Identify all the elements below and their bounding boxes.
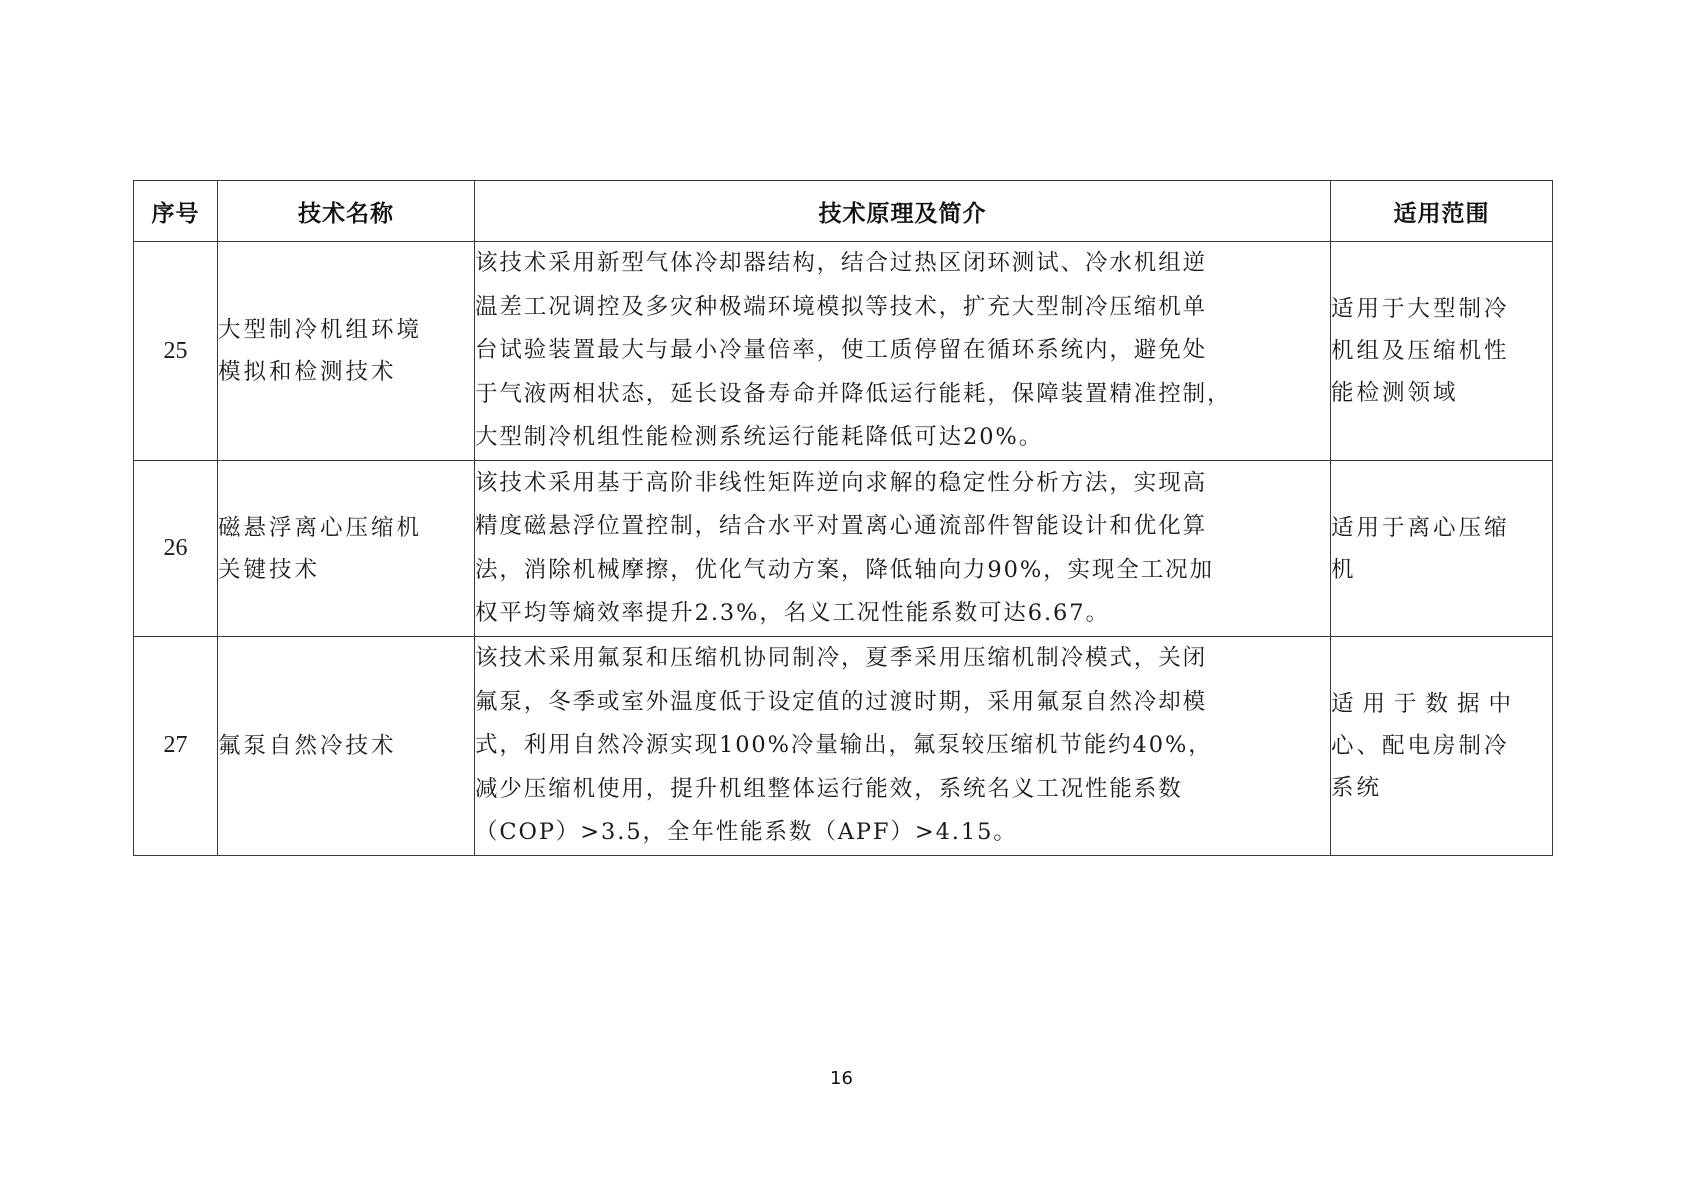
scope-line: 心、配电房制冷	[1331, 725, 1552, 767]
header-no: 序号	[134, 181, 218, 242]
table-row: 26 磁悬浮离心压缩机 关键技术 该技术采用基于高阶非线性矩阵逆向求解的稳定性分…	[134, 461, 1553, 637]
technology-table: 序号 技术名称 技术原理及简介 适用范围 25 大型制冷机组环境 模拟和检测技术…	[133, 180, 1553, 856]
description-line: 氟泵，冬季或室外温度低于设定值的过渡时期，采用氟泵自然冷却模	[475, 681, 1330, 725]
page-number: 16	[0, 1068, 1683, 1089]
technology-name: 磁悬浮离心压缩机 关键技术	[218, 461, 475, 637]
description-line: 该技术采用氟泵和压缩机协同制冷，夏季采用压缩机制冷模式，关闭	[475, 637, 1330, 681]
technology-description: 该技术采用氟泵和压缩机协同制冷，夏季采用压缩机制冷模式，关闭 氟泵，冬季或室外温…	[475, 637, 1331, 856]
document-page: 序号 技术名称 技术原理及简介 适用范围 25 大型制冷机组环境 模拟和检测技术…	[0, 0, 1683, 1190]
description-line: 式，利用自然冷源实现100%冷量输出，氟泵较压缩机节能约40%，	[475, 724, 1330, 768]
name-line: 大型制冷机组环境	[218, 309, 474, 351]
technology-description: 该技术采用新型气体冷却器结构，结合过热区闭环测试、冷水机组逆 温差工况调控及多灾…	[475, 242, 1331, 461]
description-line: 大型制冷机组性能检测系统运行能耗降低可达20%。	[475, 416, 1330, 460]
name-line: 关键技术	[218, 549, 474, 591]
table-header-row: 序号 技术名称 技术原理及简介 适用范围	[134, 181, 1553, 242]
application-scope: 适用于大型制冷 机组及压缩机性 能检测领域	[1331, 242, 1553, 461]
name-line: 氟泵自然冷技术	[218, 725, 474, 767]
scope-line: 系统	[1331, 767, 1552, 809]
scope-line: 机组及压缩机性	[1331, 330, 1552, 372]
header-description: 技术原理及简介	[475, 181, 1331, 242]
technology-description: 该技术采用基于高阶非线性矩阵逆向求解的稳定性分析方法，实现高 精度磁悬浮位置控制…	[475, 461, 1331, 637]
description-line: 该技术采用基于高阶非线性矩阵逆向求解的稳定性分析方法，实现高	[475, 462, 1330, 506]
scope-line: 能检测领域	[1331, 372, 1552, 414]
scope-line: 适用于大型制冷	[1331, 288, 1552, 330]
table-row: 27 氟泵自然冷技术 该技术采用氟泵和压缩机协同制冷，夏季采用压缩机制冷模式，关…	[134, 637, 1553, 856]
header-scope: 适用范围	[1331, 181, 1553, 242]
description-line: 减少压缩机使用，提升机组整体运行能效，系统名义工况性能系数	[475, 768, 1330, 812]
header-name: 技术名称	[218, 181, 475, 242]
row-number: 27	[134, 637, 218, 856]
description-line: （COP）>3.5，全年性能系数（APF）>4.15。	[475, 811, 1330, 855]
description-line: 于气液两相状态，延长设备寿命并降低运行能耗，保障装置精准控制，	[475, 373, 1330, 417]
description-line: 该技术采用新型气体冷却器结构，结合过热区闭环测试、冷水机组逆	[475, 242, 1330, 286]
scope-line: 机	[1331, 549, 1552, 591]
technology-name: 大型制冷机组环境 模拟和检测技术	[218, 242, 475, 461]
description-line: 台试验装置最大与最小冷量倍率，使工质停留在循环系统内，避免处	[475, 329, 1330, 373]
description-line: 精度磁悬浮位置控制，结合水平对置离心通流部件智能设计和优化算	[475, 505, 1330, 549]
description-line: 法，消除机械摩擦，优化气动方案，降低轴向力90%，实现全工况加	[475, 549, 1330, 593]
scope-line: 适用于离心压缩	[1331, 507, 1552, 549]
application-scope: 适用于离心压缩 机	[1331, 461, 1553, 637]
row-number: 25	[134, 242, 218, 461]
name-line: 磁悬浮离心压缩机	[218, 507, 474, 549]
description-line: 权平均等熵效率提升2.3%，名义工况性能系数可达6.67。	[475, 592, 1330, 636]
table-row: 25 大型制冷机组环境 模拟和检测技术 该技术采用新型气体冷却器结构，结合过热区…	[134, 242, 1553, 461]
description-line: 温差工况调控及多灾种极端环境模拟等技术，扩充大型制冷压缩机单	[475, 286, 1330, 330]
application-scope: 适用于数据中 心、配电房制冷 系统	[1331, 637, 1553, 856]
name-line: 模拟和检测技术	[218, 351, 474, 393]
row-number: 26	[134, 461, 218, 637]
scope-line: 适用于数据中	[1331, 683, 1552, 725]
technology-name: 氟泵自然冷技术	[218, 637, 475, 856]
